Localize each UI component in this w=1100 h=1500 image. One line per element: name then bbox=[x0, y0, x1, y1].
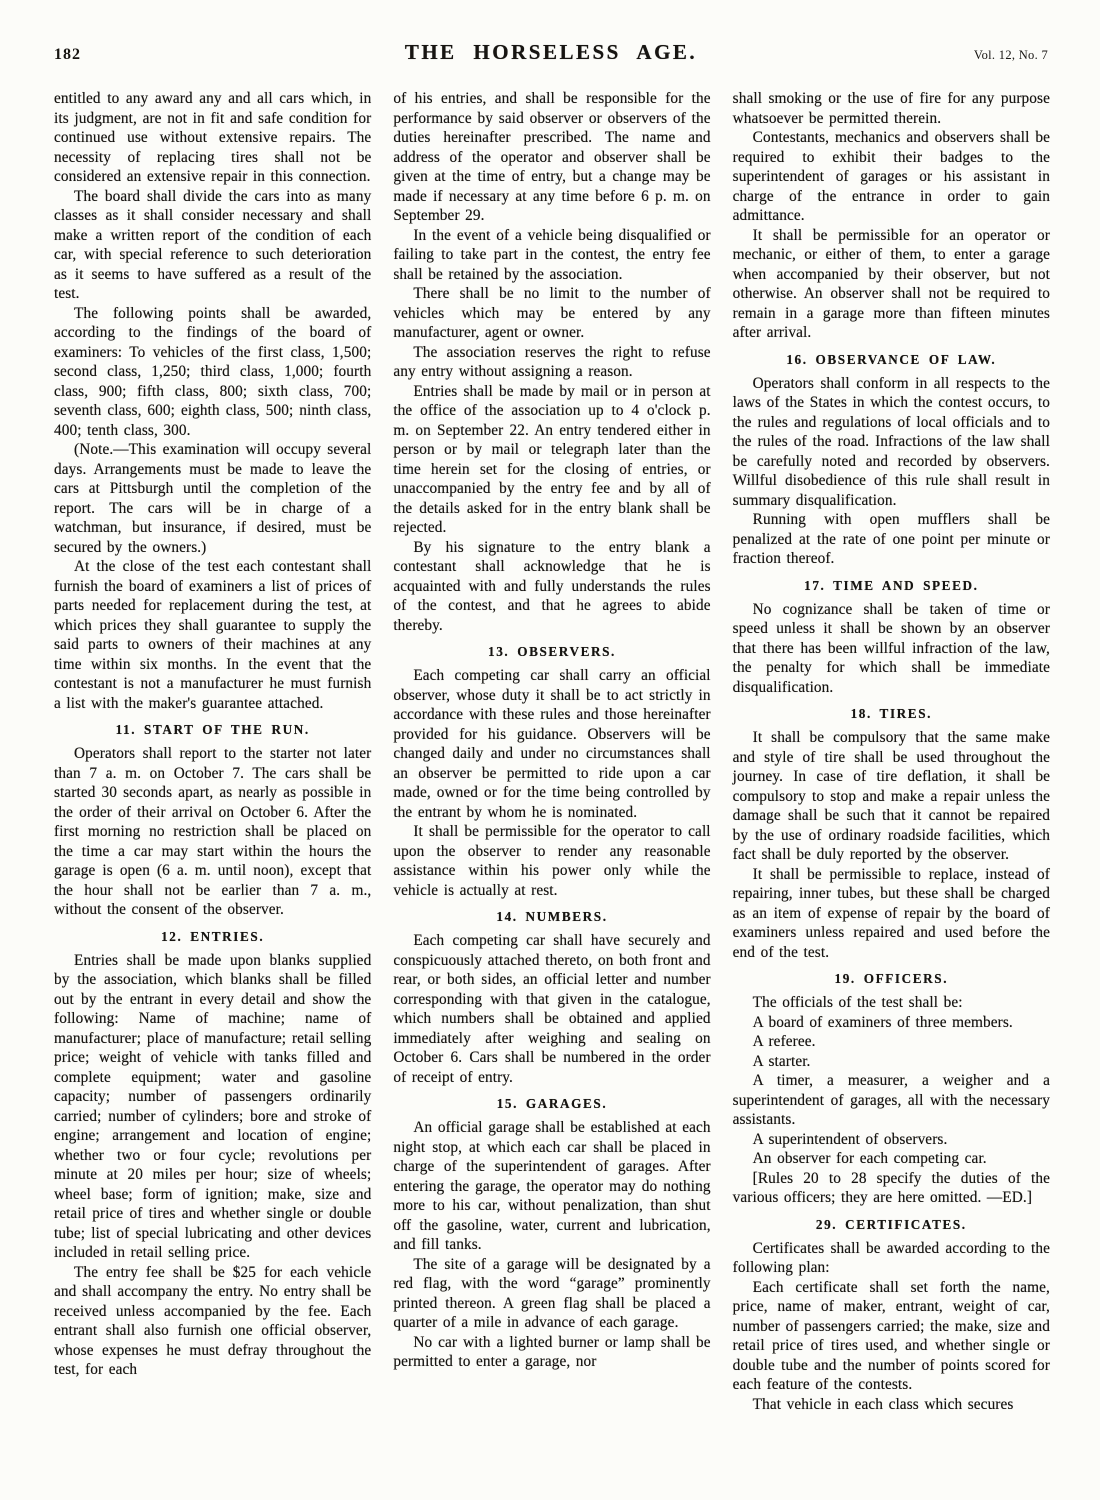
paragraph: (Note.—This examination will occupy seve… bbox=[54, 440, 371, 557]
section-heading: 29. CERTIFICATES. bbox=[733, 1217, 1050, 1233]
section-heading: 13. OBSERVERS. bbox=[393, 644, 710, 660]
paragraph: A superintendent of observers. bbox=[733, 1130, 1050, 1150]
paragraph: Running with open mufflers shall be pena… bbox=[733, 510, 1050, 569]
paragraph: [Rules 20 to 28 specify the duties of th… bbox=[733, 1169, 1050, 1208]
magazine-page: 182 THE HORSELESS AGE. Vol. 12, No. 7 en… bbox=[0, 0, 1100, 1500]
paragraph: That vehicle in each class which secures bbox=[733, 1395, 1050, 1415]
text-column-1: entitled to any award any and all cars w… bbox=[54, 89, 371, 1414]
issue-info: Vol. 12, No. 7 bbox=[898, 48, 1048, 63]
paragraph: The board shall divide the cars into as … bbox=[54, 187, 371, 304]
paragraph: The association reserves the right to re… bbox=[393, 343, 710, 382]
paragraph: A starter. bbox=[733, 1052, 1050, 1072]
paragraph: It shall be permissible to replace, inst… bbox=[733, 865, 1050, 963]
paragraph: The following points shall be awarded, a… bbox=[54, 304, 371, 441]
paragraph: Contestants, mechanics and observers sha… bbox=[733, 128, 1050, 226]
page-number: 182 bbox=[54, 46, 204, 64]
section-heading: 17. TIME AND SPEED. bbox=[733, 578, 1050, 594]
paragraph: It shall be permissible for the operator… bbox=[393, 822, 710, 900]
paragraph: By his signature to the entry blank a co… bbox=[393, 538, 710, 636]
paragraph: Entries shall be made upon blanks suppli… bbox=[54, 951, 371, 1263]
text-column-3: shall smoking or the use of fire for any… bbox=[733, 89, 1050, 1414]
page-header: 182 THE HORSELESS AGE. Vol. 12, No. 7 bbox=[54, 40, 1048, 65]
section-heading: 12. ENTRIES. bbox=[54, 929, 371, 945]
paragraph: Certificates shall be awarded according … bbox=[733, 1239, 1050, 1278]
paragraph: It shall be permissible for an operator … bbox=[733, 226, 1050, 343]
paragraph: A referee. bbox=[733, 1032, 1050, 1052]
section-heading: 15. GARAGES. bbox=[393, 1096, 710, 1112]
journal-title: THE HORSELESS AGE. bbox=[204, 40, 898, 65]
paragraph: of his entries, and shall be responsible… bbox=[393, 89, 710, 226]
paragraph: Operators shall report to the starter no… bbox=[54, 744, 371, 920]
text-column-2: of his entries, and shall be responsible… bbox=[393, 89, 710, 1414]
paragraph: Operators shall conform in all respects … bbox=[733, 374, 1050, 511]
paragraph: The entry fee shall be $25 for each vehi… bbox=[54, 1263, 371, 1380]
paragraph: The site of a garage will be designated … bbox=[393, 1255, 710, 1333]
paragraph: entitled to any award any and all cars w… bbox=[54, 89, 371, 187]
paragraph: A board of examiners of three members. bbox=[733, 1013, 1050, 1033]
section-heading: 19. OFFICERS. bbox=[733, 971, 1050, 987]
paragraph: The officials of the test shall be: bbox=[733, 993, 1050, 1013]
section-heading: 18. TIRES. bbox=[733, 706, 1050, 722]
paragraph: An official garage shall be established … bbox=[393, 1118, 710, 1255]
paragraph: No cognizance shall be taken of time or … bbox=[733, 600, 1050, 698]
paragraph: There shall be no limit to the number of… bbox=[393, 284, 710, 343]
paragraph: Each competing car shall have securely a… bbox=[393, 931, 710, 1087]
section-heading: 14. NUMBERS. bbox=[393, 909, 710, 925]
paragraph: It shall be compulsory that the same mak… bbox=[733, 728, 1050, 865]
article-columns: entitled to any award any and all cars w… bbox=[54, 89, 1050, 1414]
paragraph: At the close of the test each contestant… bbox=[54, 557, 371, 713]
section-heading: 16. OBSERVANCE OF LAW. bbox=[733, 352, 1050, 368]
paragraph: Each certificate shall set forth the nam… bbox=[733, 1278, 1050, 1395]
paragraph: Each competing car shall carry an offici… bbox=[393, 666, 710, 822]
paragraph: A timer, a measurer, a weigher and a sup… bbox=[733, 1071, 1050, 1130]
section-heading: 11. START OF THE RUN. bbox=[54, 722, 371, 738]
paragraph: shall smoking or the use of fire for any… bbox=[733, 89, 1050, 128]
paragraph: No car with a lighted burner or lamp sha… bbox=[393, 1333, 710, 1372]
paragraph: An observer for each competing car. bbox=[733, 1149, 1050, 1169]
paragraph: In the event of a vehicle being disquali… bbox=[393, 226, 710, 285]
paragraph: Entries shall be made by mail or in pers… bbox=[393, 382, 710, 538]
